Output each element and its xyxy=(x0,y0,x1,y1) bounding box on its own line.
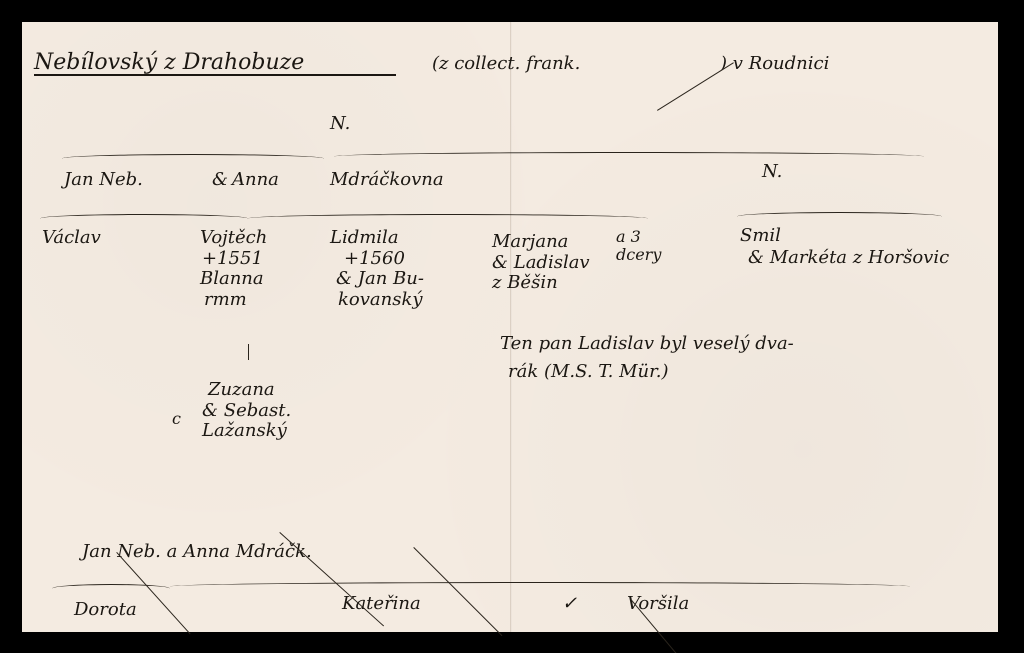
children-brace-right xyxy=(248,214,648,223)
child-note: Blanna xyxy=(200,269,267,290)
check-mark: ✓ xyxy=(562,594,577,615)
child-note: +1551 xyxy=(200,249,267,270)
paren-flourish xyxy=(657,62,734,111)
child-vojtech: Vojtěch +1551 Blanna rmm xyxy=(200,228,267,311)
child-note: kovanský xyxy=(330,290,424,311)
remark-line-2: rák (M.S. T. Mür.) xyxy=(508,362,668,383)
gen1-mother: Mdráčkovna xyxy=(330,170,444,191)
brace-line-right xyxy=(334,152,924,161)
child-name: Vojtěch xyxy=(200,228,267,249)
gen1-father: Jan Neb. xyxy=(64,170,143,191)
gen2-brace-right xyxy=(170,582,910,591)
top-parent-label: N. xyxy=(330,114,350,135)
cancel-stroke xyxy=(279,532,384,627)
document-title: Nebílovský z Drahobuze xyxy=(34,50,304,75)
child-name: Lidmila xyxy=(330,228,424,249)
other-branch-brace xyxy=(737,212,942,221)
child-name: Marjana xyxy=(492,232,590,253)
cancel-stroke xyxy=(413,547,502,636)
child-note: +1560 xyxy=(330,249,424,270)
side-note-daughters: a 3 dcery xyxy=(616,228,666,265)
title-underline xyxy=(34,74,396,76)
page-fold xyxy=(510,22,512,632)
grandchild-line: Zuzana xyxy=(202,380,291,401)
child-vaclav: Václav xyxy=(42,228,101,249)
child-note: & Ladislav xyxy=(492,253,590,274)
manuscript-page: Nebílovský z Drahobuze (z collect. frank… xyxy=(22,22,998,632)
grandchild-line: Lažanský xyxy=(202,421,291,442)
title-note-open: (z collect. frank. xyxy=(432,54,580,75)
child-marjana: Marjana & Ladislav z Běšin xyxy=(492,232,590,294)
descent-line xyxy=(248,344,249,360)
remark-line-1: Ten pan Ladislav byl veselý dva- xyxy=(500,334,794,355)
children-brace-left xyxy=(40,214,248,223)
child-note: rmm xyxy=(200,290,267,311)
child-note: z Běšin xyxy=(492,273,590,294)
gen1-other-parent: N. xyxy=(762,162,782,183)
gen1-mother-first: Anna xyxy=(232,170,279,191)
title-note-close: ) v Roudnici xyxy=(720,54,829,75)
brace-line-left xyxy=(62,154,324,163)
child-note: & Jan Bu- xyxy=(330,269,424,290)
gen1-conjunction: & xyxy=(212,170,228,191)
grandchild-zuzana: Zuzana & Sebast. Lažanský xyxy=(202,380,291,442)
other-branch-name: Smil xyxy=(740,226,781,247)
other-branch-spouse: & Markéta z Horšovic xyxy=(748,248,949,269)
gen2-child-katerina: Kateřina xyxy=(342,594,421,615)
child-lidmila: Lidmila +1560 & Jan Bu- kovanský xyxy=(330,228,424,311)
cancel-stroke xyxy=(116,552,191,635)
grandchild-line: & Sebast. xyxy=(202,401,291,422)
gen2-child-dorota: Dorota xyxy=(74,600,137,621)
margin-mark: c xyxy=(172,410,181,428)
